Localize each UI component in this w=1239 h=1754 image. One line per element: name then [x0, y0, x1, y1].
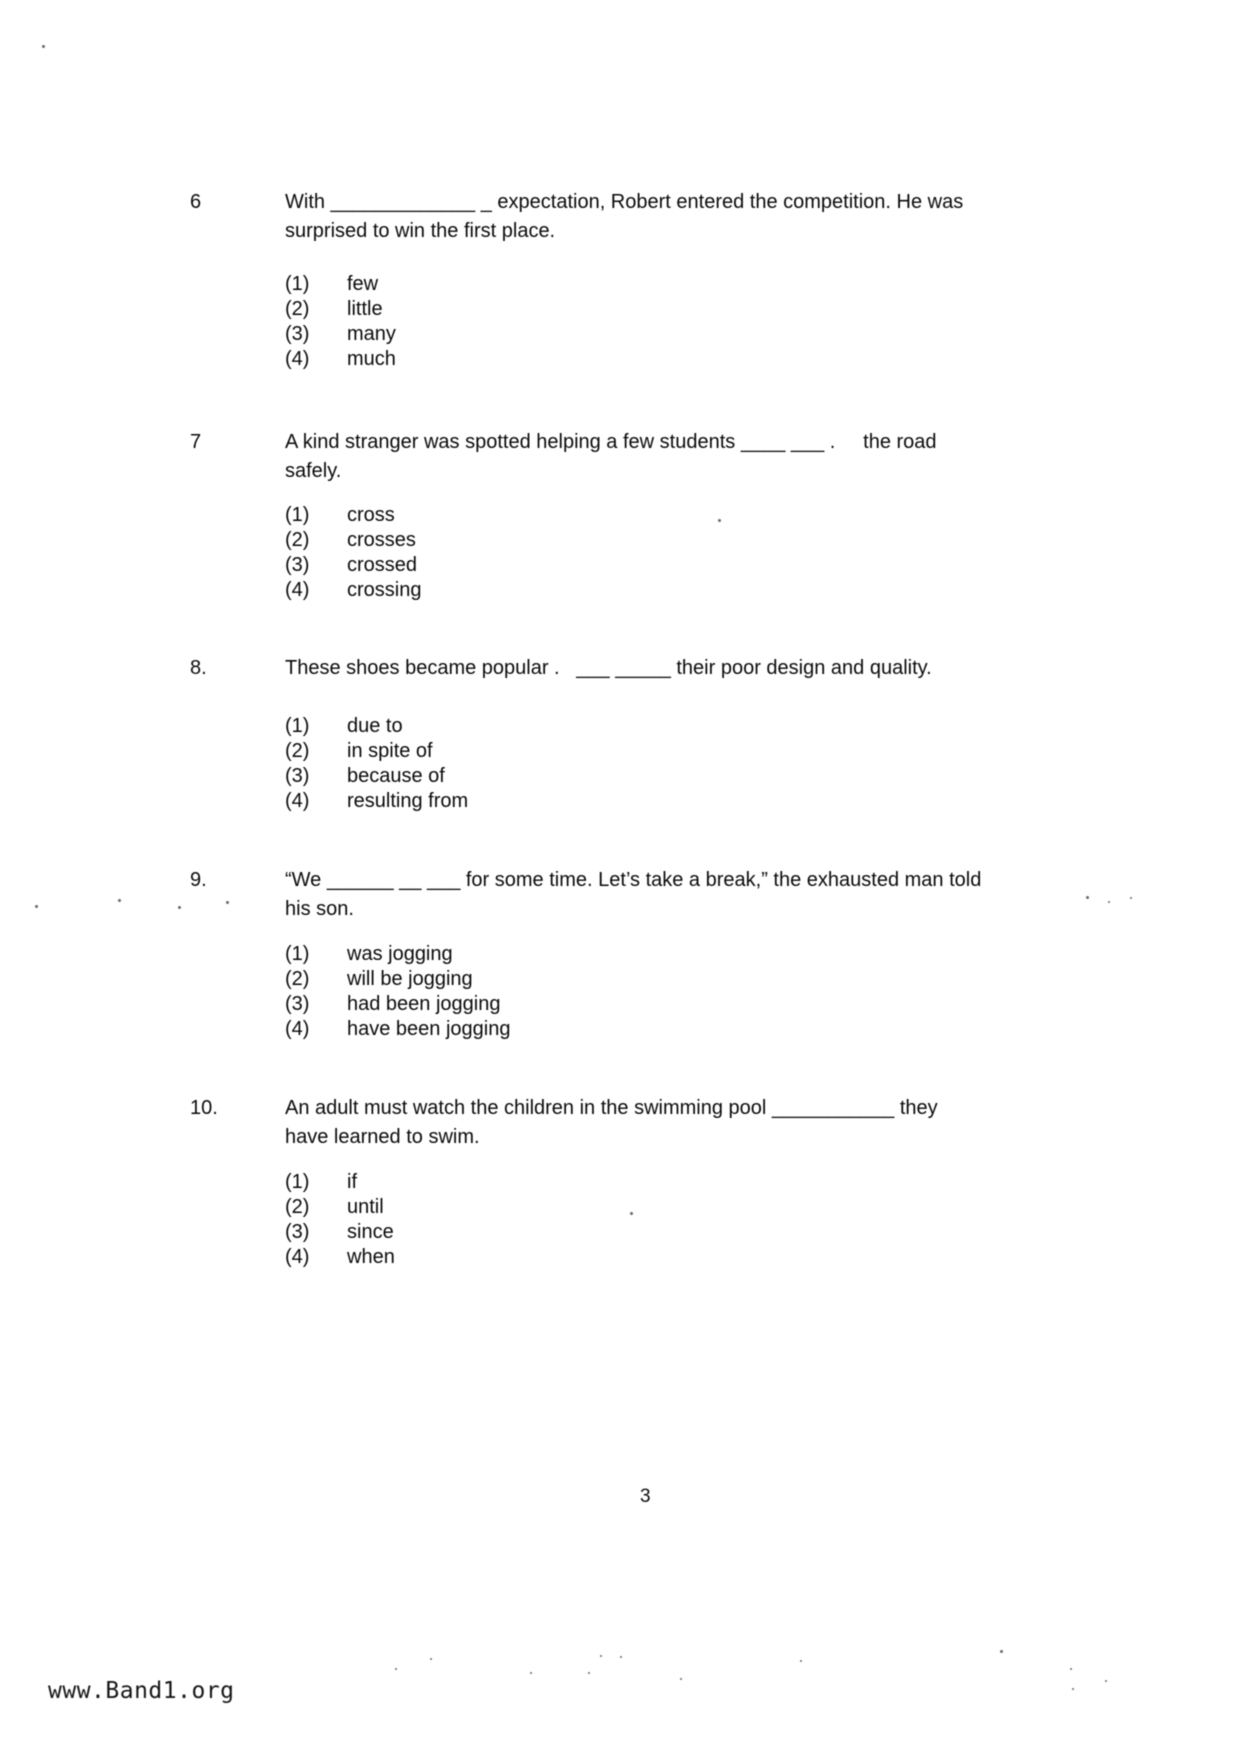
option-text: due to: [347, 714, 403, 739]
question-9-option-3: (3) had been jogging: [285, 992, 510, 1017]
question-7-stem: A kind stranger was spotted helping a fe…: [285, 428, 937, 486]
scan-content-layer: 6 With _____________ _ expectation, Robe…: [0, 0, 1239, 1754]
question-8-option-4: (4) resulting from: [285, 789, 468, 814]
scan-speck: [1000, 1650, 1003, 1653]
option-label: (3): [285, 764, 347, 789]
question-6-stem: With _____________ _ expectation, Robert…: [285, 188, 963, 246]
question-7-option-2: (2) crosses: [285, 528, 421, 553]
scan-speck: [42, 45, 45, 48]
scan-speck: [178, 906, 181, 909]
question-6-option-4: (4) much: [285, 347, 396, 372]
option-label: (3): [285, 992, 347, 1017]
scan-speck: [35, 905, 38, 908]
question-10-options: (1) if (2) until (3) since (4) when: [285, 1170, 395, 1270]
scan-speck: [395, 1668, 397, 1670]
scan-speck: [1070, 1668, 1072, 1670]
question-10-stem-line-2: have learned to swim.: [285, 1123, 938, 1152]
scan-speck: [1086, 896, 1089, 899]
scan-speck: [118, 899, 121, 902]
question-10-option-1: (1) if: [285, 1170, 395, 1195]
option-text: since: [347, 1220, 394, 1245]
question-9-options: (1) was jogging (2) will be jogging (3) …: [285, 942, 510, 1042]
option-label: (4): [285, 347, 347, 372]
question-10-option-3: (3) since: [285, 1220, 395, 1245]
question-6-option-1: (1) few: [285, 272, 396, 297]
scan-speck: [530, 1672, 532, 1674]
option-text: will be jogging: [347, 967, 473, 992]
question-7-stem-line-1: A kind stranger was spotted helping a fe…: [285, 428, 937, 457]
question-8-number: 8.: [190, 654, 207, 683]
question-9-option-2: (2) will be jogging: [285, 967, 510, 992]
question-6-stem-line-1: With _____________ _ expectation, Robert…: [285, 188, 963, 217]
question-10-number: 10.: [190, 1094, 218, 1123]
question-6-stem-line-2: surprised to win the first place.: [285, 217, 963, 246]
option-text: in spite of: [347, 739, 433, 764]
scanned-exam-page: 6 With _____________ _ expectation, Robe…: [0, 0, 1239, 1754]
scan-speck: [1105, 1680, 1107, 1682]
option-text: many: [347, 322, 396, 347]
question-8-stem-line-1: These shoes became popular . ___ _____ t…: [285, 654, 932, 683]
option-text: crossing: [347, 578, 421, 603]
option-text: cross: [347, 503, 395, 528]
option-label: (1): [285, 942, 347, 967]
question-9-stem: “We ______ __ ___ for some time. Let’s t…: [285, 866, 981, 924]
option-label: (3): [285, 1220, 347, 1245]
option-text: was jogging: [347, 942, 453, 967]
option-text: when: [347, 1245, 395, 1270]
option-text: crosses: [347, 528, 416, 553]
scan-speck: [430, 1658, 432, 1660]
question-7-number: 7: [190, 428, 201, 457]
question-10-option-2: (2) until: [285, 1195, 395, 1220]
scan-speck: [588, 1672, 590, 1674]
option-text: have been jogging: [347, 1017, 510, 1042]
option-label: (4): [285, 1245, 347, 1270]
scan-speck: [680, 1678, 682, 1680]
option-text: little: [347, 297, 383, 322]
question-10-stem-line-1: An adult must watch the children in the …: [285, 1094, 938, 1123]
question-9-stem-line-2: his son.: [285, 895, 981, 924]
option-label: (1): [285, 1170, 347, 1195]
scan-speck: [800, 1660, 802, 1662]
scan-speck: [620, 1656, 622, 1658]
scan-speck: [1108, 901, 1110, 903]
page-number: 3: [640, 1486, 651, 1508]
question-7-options: (1) cross (2) crosses (3) crossed (4) cr…: [285, 503, 421, 603]
scan-speck: [226, 901, 229, 904]
question-8-option-3: (3) because of: [285, 764, 468, 789]
question-7-option-4: (4) crossing: [285, 578, 421, 603]
option-text: few: [347, 272, 378, 297]
question-9-option-1: (1) was jogging: [285, 942, 510, 967]
scan-speck: [630, 1212, 633, 1215]
scan-speck: [1072, 1688, 1074, 1690]
option-text: until: [347, 1195, 384, 1220]
option-label: (4): [285, 789, 347, 814]
scan-speck: [1130, 897, 1132, 899]
option-label: (2): [285, 297, 347, 322]
option-label: (4): [285, 578, 347, 603]
option-text: resulting from: [347, 789, 468, 814]
question-8-option-1: (1) due to: [285, 714, 468, 739]
question-9-number: 9.: [190, 866, 207, 895]
option-label: (2): [285, 528, 347, 553]
option-label: (1): [285, 503, 347, 528]
option-label: (3): [285, 553, 347, 578]
site-url-watermark: www.Band1.org: [48, 1678, 235, 1704]
option-text: because of: [347, 764, 445, 789]
question-6-option-3: (3) many: [285, 322, 396, 347]
question-7-option-3: (3) crossed: [285, 553, 421, 578]
option-label: (4): [285, 1017, 347, 1042]
question-6-number: 6: [190, 188, 201, 217]
question-7-stem-line-2: safely.: [285, 457, 937, 486]
scan-speck: [718, 519, 721, 522]
question-9-option-4: (4) have been jogging: [285, 1017, 510, 1042]
question-6-option-2: (2) little: [285, 297, 396, 322]
option-text: crossed: [347, 553, 417, 578]
question-8-stem: These shoes became popular . ___ _____ t…: [285, 654, 932, 683]
question-10-stem: An adult must watch the children in the …: [285, 1094, 938, 1152]
option-label: (2): [285, 967, 347, 992]
option-label: (1): [285, 272, 347, 297]
option-text: much: [347, 347, 396, 372]
question-7-option-1: (1) cross: [285, 503, 421, 528]
question-10-option-4: (4) when: [285, 1245, 395, 1270]
option-text: if: [347, 1170, 357, 1195]
question-6-options: (1) few (2) little (3) many (4) much: [285, 272, 396, 372]
option-label: (3): [285, 322, 347, 347]
option-label: (2): [285, 739, 347, 764]
option-label: (2): [285, 1195, 347, 1220]
question-8-option-2: (2) in spite of: [285, 739, 468, 764]
question-9-stem-line-1: “We ______ __ ___ for some time. Let’s t…: [285, 866, 981, 895]
option-label: (1): [285, 714, 347, 739]
scan-speck: [600, 1655, 602, 1657]
option-text: had been jogging: [347, 992, 500, 1017]
question-8-options: (1) due to (2) in spite of (3) because o…: [285, 714, 468, 814]
